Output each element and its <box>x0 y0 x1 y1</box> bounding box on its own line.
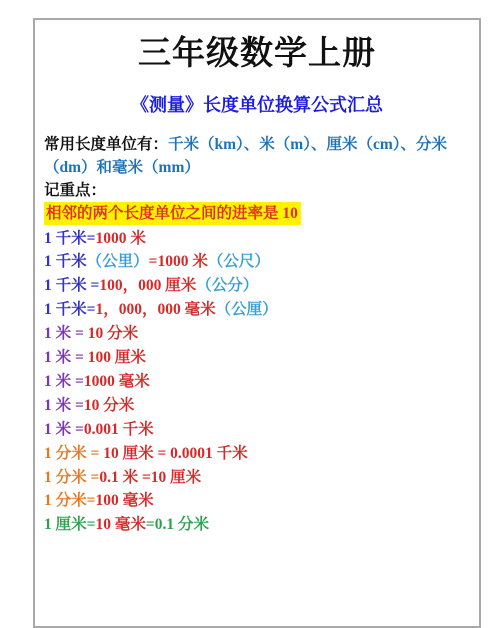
formula-segment: 1000 米 <box>95 230 145 247</box>
formula-segment: 10 分米 <box>84 397 134 414</box>
formula-line: 1 米 =0.001 千米 <box>44 418 472 442</box>
formula-segment: 0.001 千米 <box>84 421 154 438</box>
formula-line: 1 千米=1000 米 <box>44 227 472 251</box>
formula-segment: =0.1 分米 <box>146 516 209 533</box>
formula-segment: 0.1 米 =10 厘米 <box>99 469 201 486</box>
formula-line: 1 千米（公里）=1000 米（公尺） <box>44 250 472 274</box>
formula-segment: （公尺） <box>208 253 270 270</box>
key-point-label: 记重点： <box>44 179 472 202</box>
formula-line: 1 米 = 10 分米 <box>44 322 472 346</box>
formula-segment: （公厘） <box>216 301 278 318</box>
formula-line: 1 厘米=10 毫米=0.1 分米 <box>44 513 472 533</box>
page-title: 三年级数学上册 <box>42 34 472 74</box>
formula-line: 1 米 =1000 毫米 <box>44 370 472 394</box>
highlight-row: 相邻的两个长度单位之间的进率是 10 <box>44 202 472 226</box>
formula-segment: 1 千米= <box>44 301 95 318</box>
formula-segment: =1000 米 <box>149 253 208 270</box>
formula-segment: 1000 毫米 <box>84 373 150 390</box>
document-sheet: 三年级数学上册 《测量》长度单位换算公式汇总 常用长度单位有：千米（km）、米（… <box>33 18 481 533</box>
formula-segment: 10 分米 <box>88 325 138 342</box>
formula-segment: 100 厘米 <box>88 349 146 366</box>
formula-segment: 1 千米 <box>44 253 87 270</box>
formula-segment: 1 米 = <box>44 349 88 366</box>
highlighted-rule: 相邻的两个长度单位之间的进率是 10 <box>44 202 301 225</box>
formula-segment: 1 米 = <box>44 397 84 414</box>
formula-list: 1 千米=1000 米1 千米（公里）=1000 米（公尺）1 千米 =100，… <box>44 227 472 534</box>
formula-segment: 1 分米= <box>44 492 95 509</box>
formula-line: 1 分米 =0.1 米 =10 厘米 <box>44 466 472 490</box>
formula-line: 1 米 =10 分米 <box>44 394 472 418</box>
formula-segment: 1 分米 = <box>44 445 103 462</box>
formula-segment: 1 米 = <box>44 373 84 390</box>
formula-segment: （公里） <box>87 253 149 270</box>
formula-segment: 100，000 厘米 <box>99 277 196 294</box>
formula-segment: 10 毫米 <box>95 516 145 533</box>
formula-segment: 1 分米 = <box>44 469 99 486</box>
formula-segment: 100 毫米 <box>95 492 153 509</box>
formula-segment: 1 厘米= <box>44 516 95 533</box>
formula-segment: 1 米 = <box>44 325 88 342</box>
formula-line: 1 米 = 100 厘米 <box>44 346 472 370</box>
formula-line: 1 千米 =100，000 厘米（公分） <box>44 274 472 298</box>
formula-segment: 1 千米= <box>44 230 95 247</box>
formula-segment: （公分） <box>196 277 258 294</box>
page-subtitle: 《测量》长度单位换算公式汇总 <box>42 94 472 116</box>
formula-segment: 10 厘米 = 0.0001 千米 <box>103 445 247 462</box>
formula-segment: 1 千米 = <box>44 277 99 294</box>
formula-line: 1 千米=1，000，000 毫米（公厘） <box>44 298 472 322</box>
formula-segment: 1，000，000 毫米 <box>95 301 215 318</box>
formula-line: 1 分米 = 10 厘米 = 0.0001 千米 <box>44 442 472 466</box>
units-intro: 常用长度单位有：千米（km）、米（m）、厘米（cm）、分米（dm）和毫米（mm） <box>44 133 472 179</box>
units-intro-label: 常用长度单位有： <box>44 136 168 153</box>
formula-line: 1 分米=100 毫米 <box>44 489 472 513</box>
formula-segment: 1 米 = <box>44 421 84 438</box>
